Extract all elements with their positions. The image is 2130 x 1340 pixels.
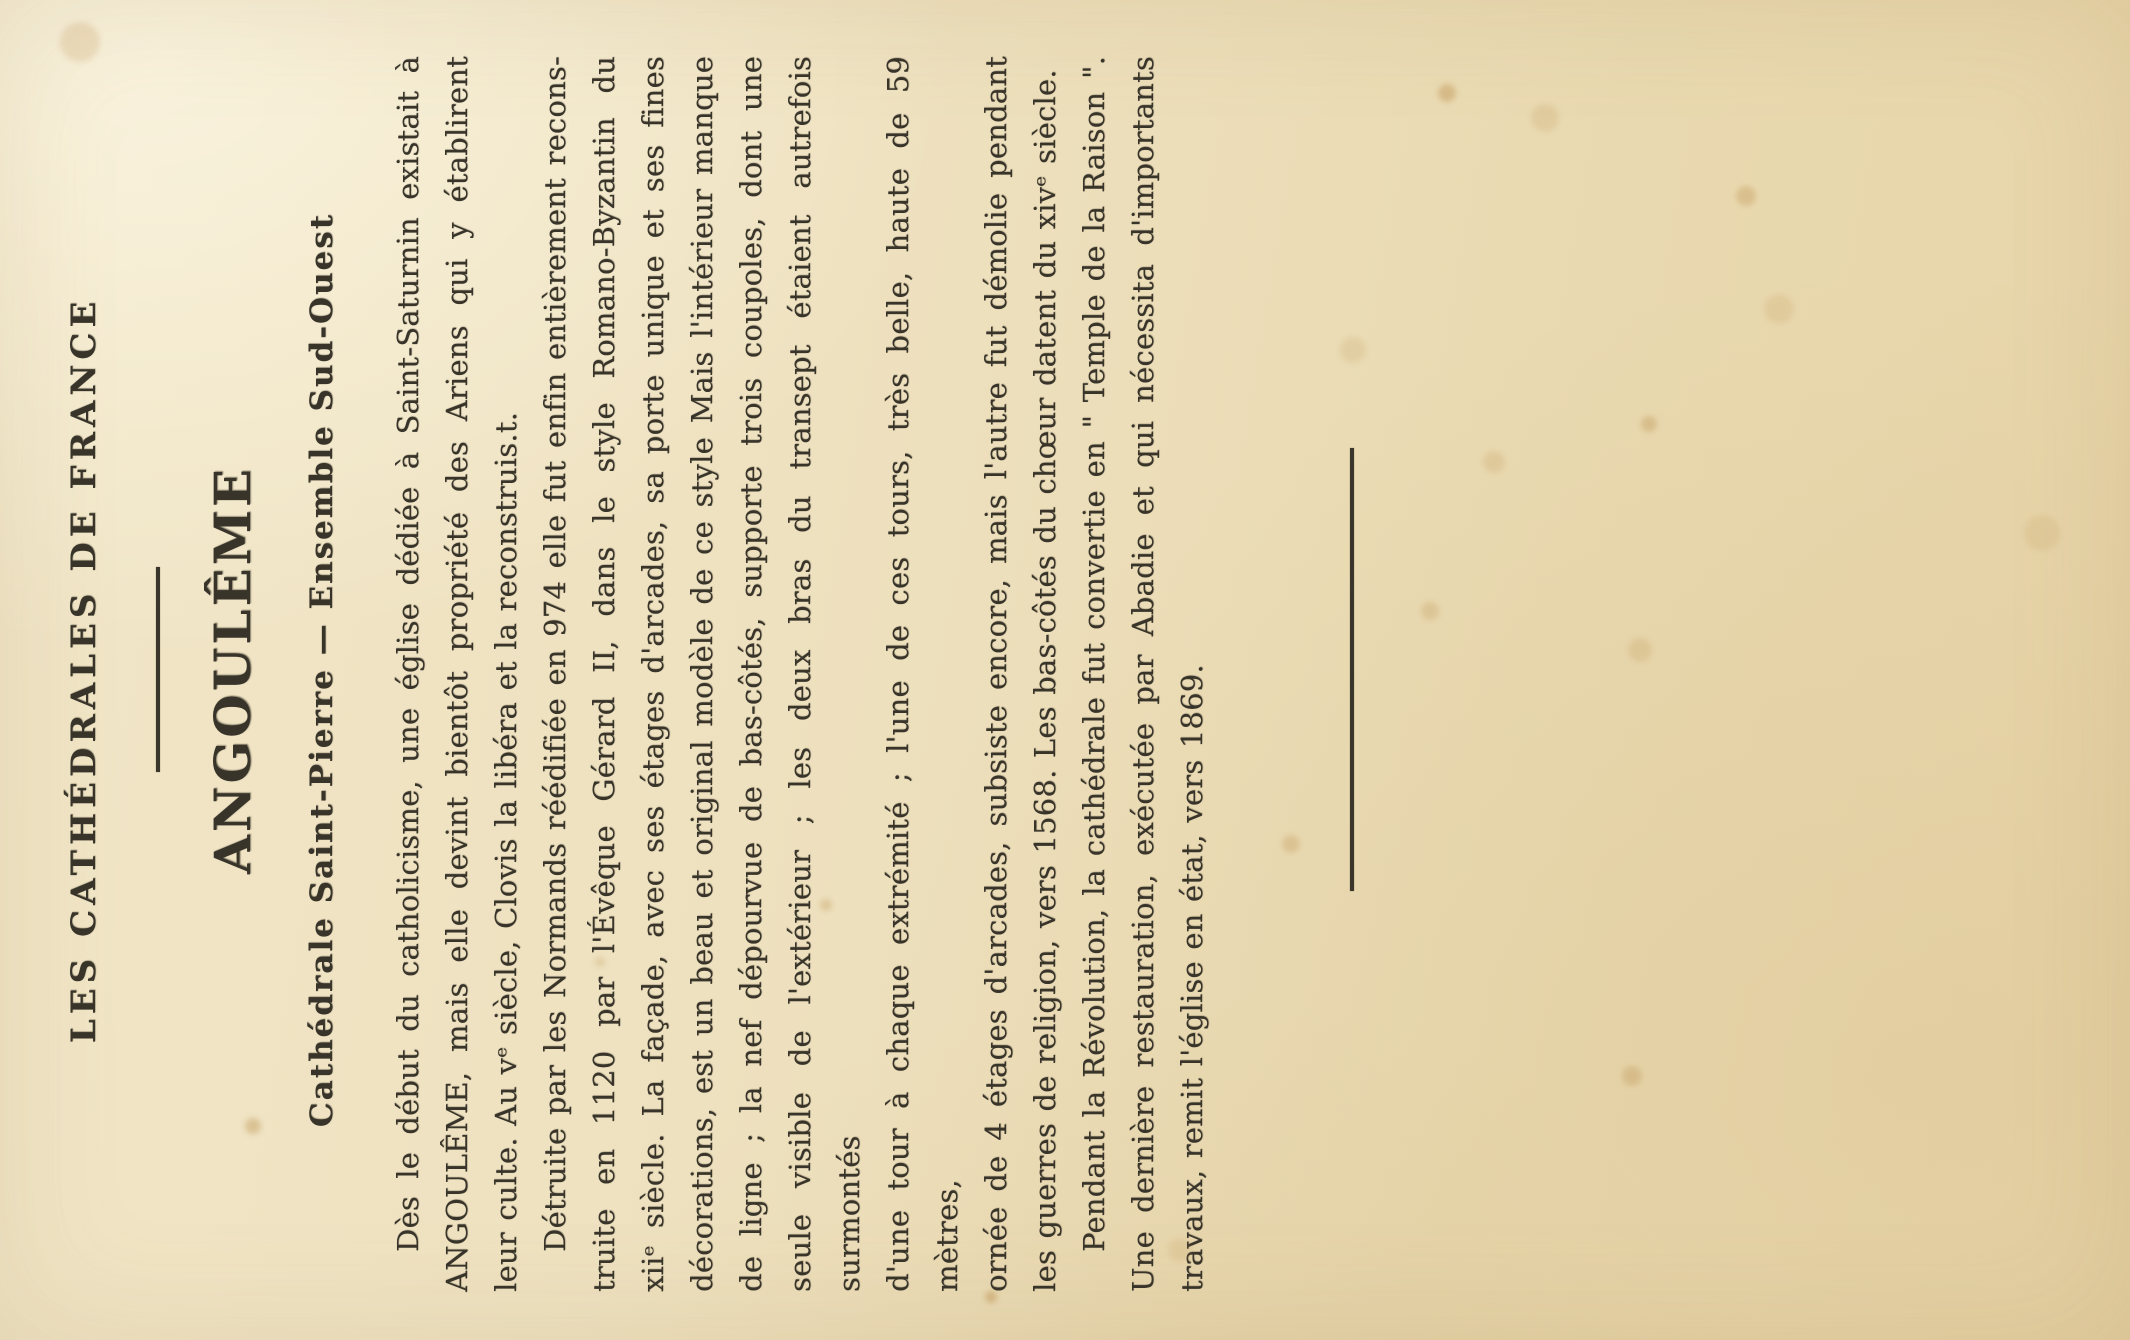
series-title: LES CATHÉDRALES DE FRANCE: [64, 0, 104, 1340]
page-title: ANGOULÊME: [204, 0, 262, 1340]
body-text: Dès le début du catholicisme, une église…: [384, 56, 1217, 1292]
body-line: xiiᵉ siècle. La façade, avec ses étages …: [629, 56, 678, 1292]
bottom-divider-rule: [1350, 449, 1354, 892]
body-line: travaux, remit l'église en état, vers 18…: [1168, 56, 1217, 1292]
body-line: truite en 1120 par l'Évêque Gérard II, d…: [580, 56, 629, 1292]
body-line: de ligne ; la nef dépourvue de bas-côtés…: [727, 56, 776, 1292]
body-line: décorations, est un beau et original mod…: [678, 56, 727, 1292]
body-line: ANGOULÊME, mais elle devint bientôt prop…: [433, 56, 482, 1292]
body-line: leur culte. Au vᵉ siècle, Clovis la libé…: [482, 56, 531, 1292]
body-line: seule visible de l'extérieur ; les deux …: [776, 56, 874, 1292]
body-line: ornée de 4 étages d'arcades, subsiste en…: [972, 56, 1021, 1292]
body-line: Pendant la Révolution, la cathédrale fut…: [1070, 56, 1119, 1292]
series-divider-rule: [156, 568, 160, 773]
card-subtitle: Cathédrale Saint-Pierre — Ensemble Sud-O…: [304, 0, 340, 1340]
body-line: Dès le début du catholicisme, une église…: [384, 56, 433, 1292]
body-line: Une dernière restauration, exécutée par …: [1119, 56, 1168, 1292]
body-line: d'une tour à chaque extrémité ; l'une de…: [874, 56, 972, 1292]
postcard-scan: LES CATHÉDRALES DE FRANCE ANGOULÊME Cath…: [0, 0, 2130, 1340]
postcard-printed-face: LES CATHÉDRALES DE FRANCE ANGOULÊME Cath…: [0, 0, 2130, 1340]
body-line: les guerres de religion, vers 1568. Les …: [1021, 56, 1070, 1292]
body-line: Détruite par les Normands réédifiée en 9…: [531, 56, 580, 1292]
